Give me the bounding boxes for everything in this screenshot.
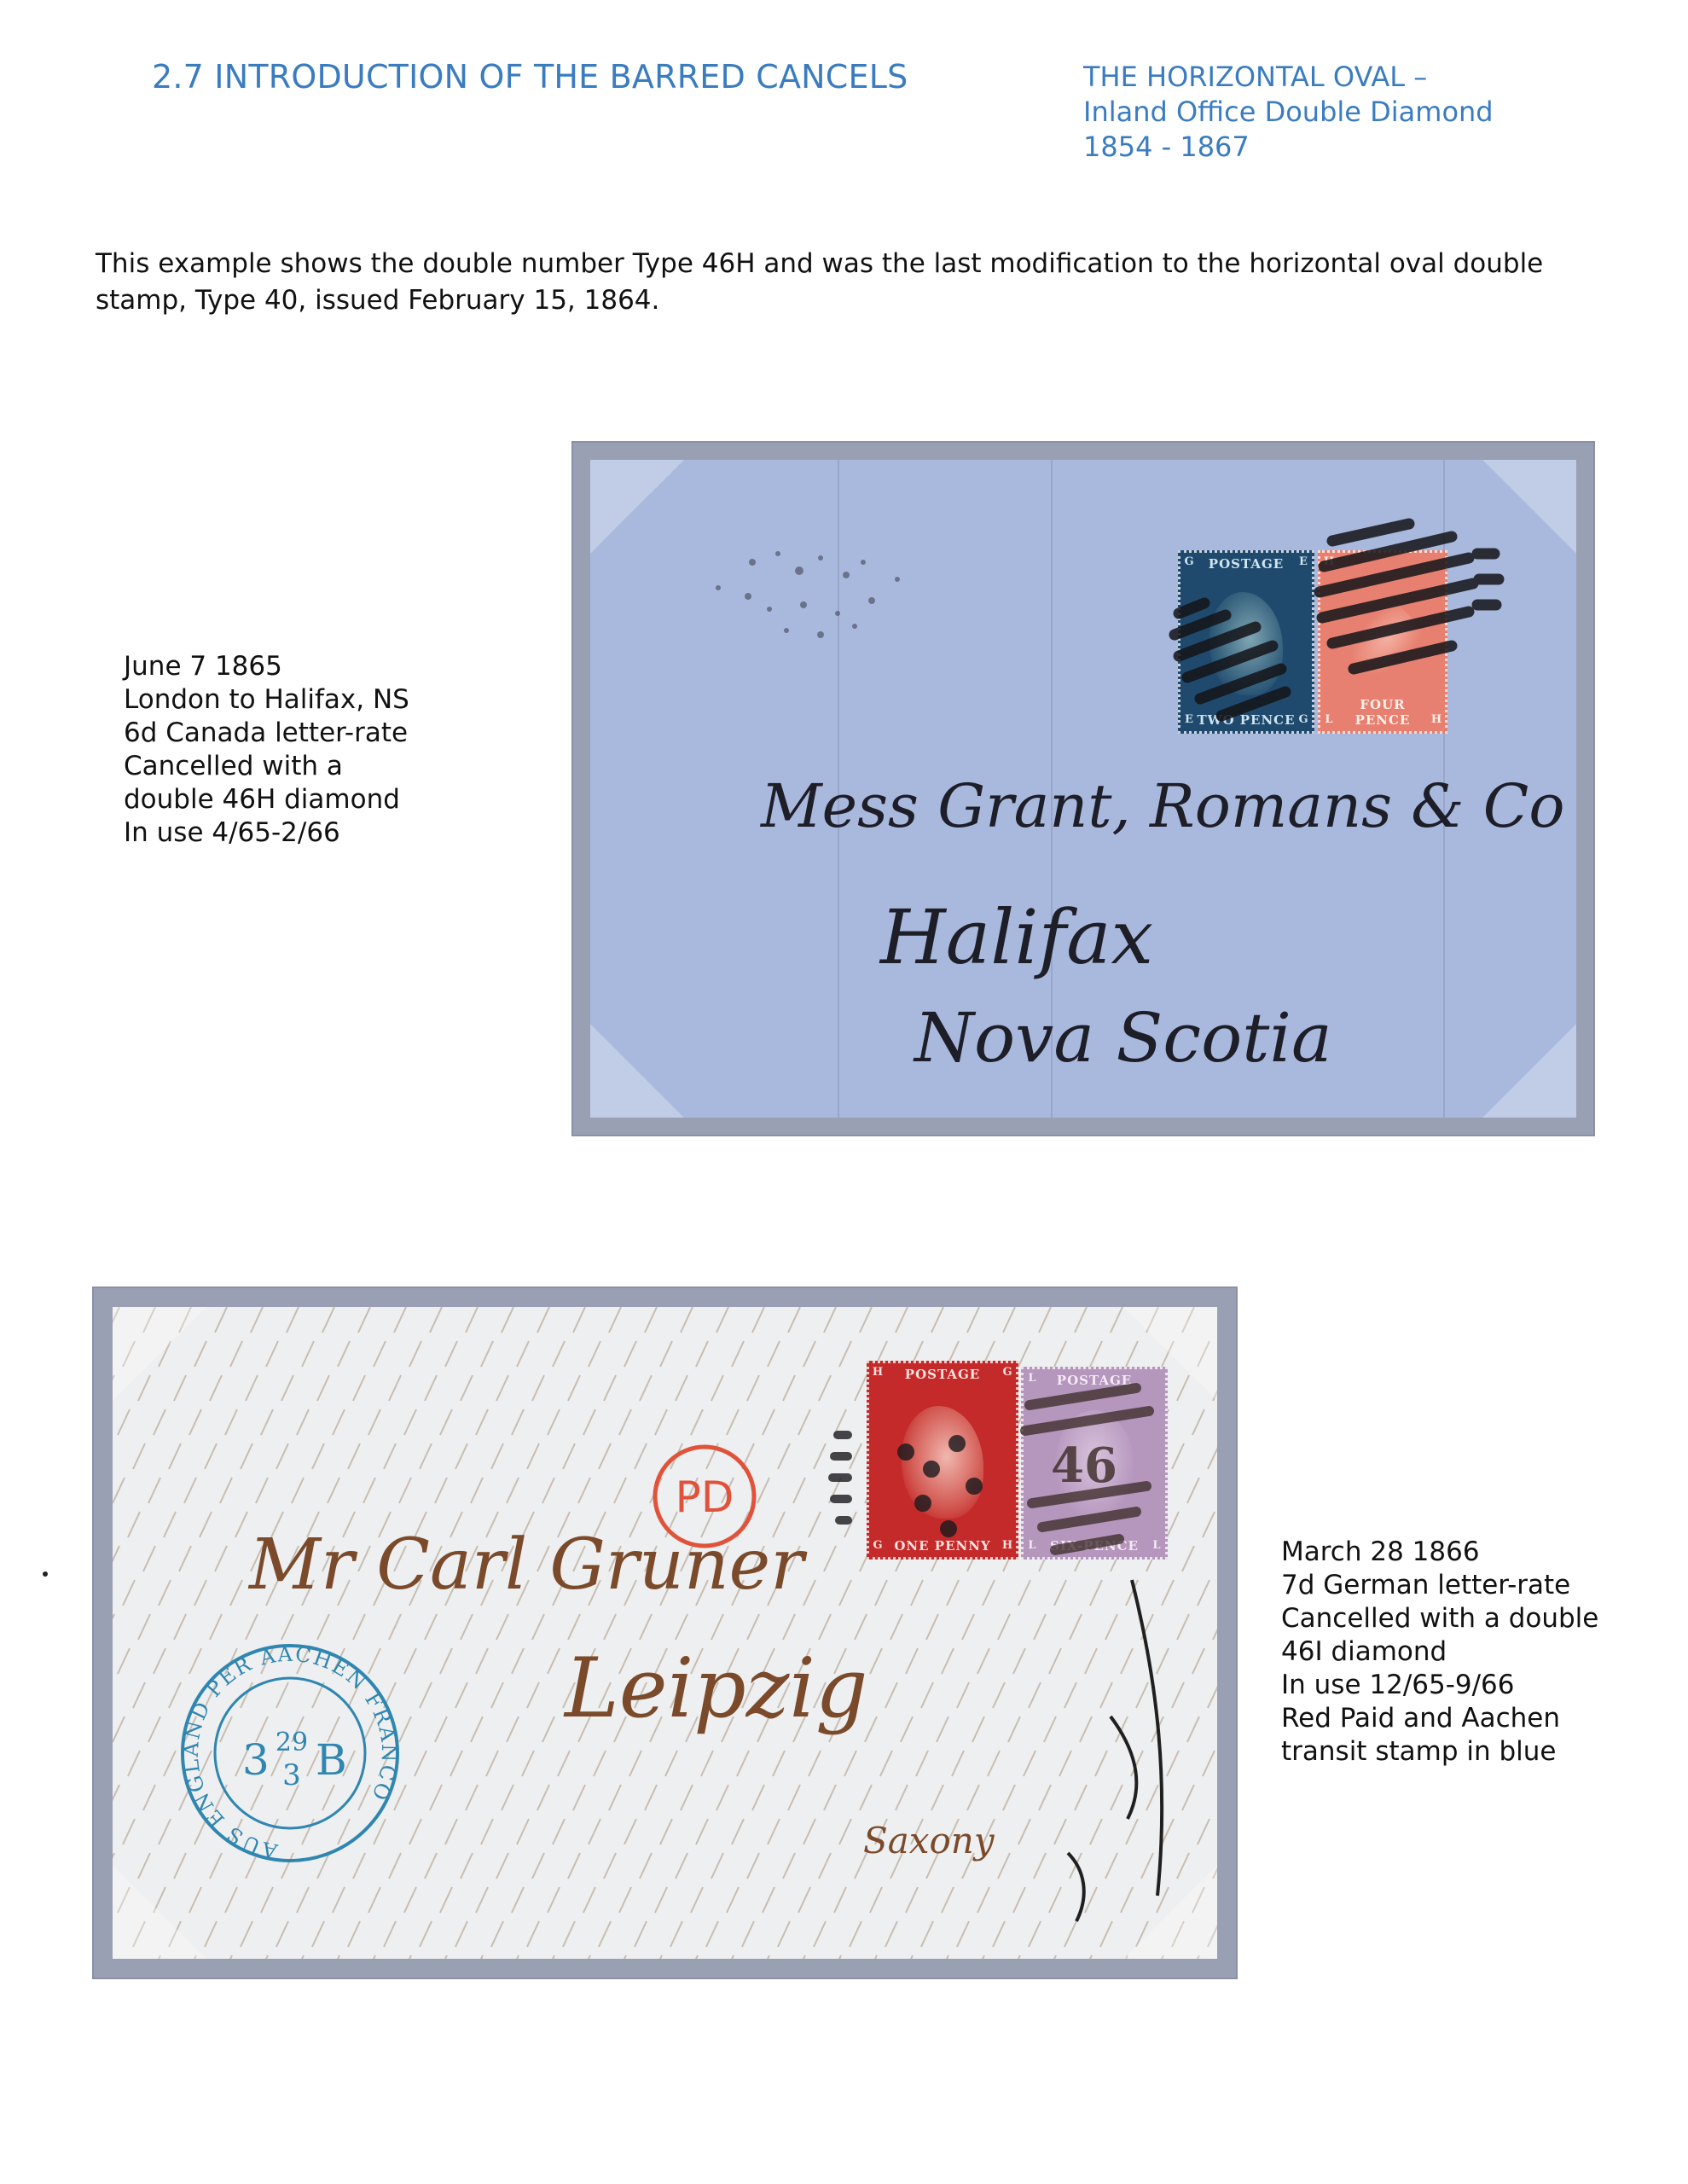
stamp-emblem <box>1337 598 1429 690</box>
stamp-label: TWO PENCE <box>1192 712 1300 728</box>
stamp-one-penny-red: POSTAGE ONE PENNY H G G H <box>867 1361 1018 1560</box>
check-letter: L <box>1322 713 1336 729</box>
mount-corner <box>1482 460 1576 554</box>
mount-corner <box>113 1865 206 1959</box>
check-letter: H <box>1430 713 1443 729</box>
check-letter: H <box>871 1366 885 1381</box>
stamp-six-pence-lilac: POSTAGE SIX-PENCE L L L <box>1021 1367 1168 1560</box>
mount-corner <box>590 1024 684 1118</box>
fold-line <box>1051 460 1053 1118</box>
cover-1-envelope: POSTAGE TWO PENCE G E E G FOUR PENCE H L… <box>590 460 1576 1118</box>
stamp-label: SIX-PENCE <box>1035 1538 1153 1554</box>
stamp-four-pence-vermilion: FOUR PENCE H L H <box>1318 550 1447 734</box>
mount-corner <box>113 1307 206 1401</box>
caption-line: 6d Canada letter-rate <box>124 717 409 750</box>
check-letter: L <box>1150 1539 1163 1554</box>
caption-line: 7d German letter-rate <box>1281 1569 1598 1602</box>
cover-1-caption: June 7 1865 London to Halifax, NS 6d Can… <box>124 650 409 850</box>
intro-paragraph: This example shows the double number Typ… <box>96 246 1597 319</box>
check-letter: E <box>1296 555 1310 571</box>
mount-corner <box>1482 1024 1576 1118</box>
check-letter: G <box>1182 555 1196 571</box>
caption-line: Cancelled with a double <box>1281 1602 1598 1635</box>
address-line: Nova Scotia <box>913 998 1332 1077</box>
check-letter: H <box>1322 555 1336 571</box>
stamp-label: POSTAGE <box>881 1367 1004 1382</box>
stamp-label: ONE PENNY <box>881 1538 1004 1554</box>
cover-2-caption: March 28 1866 7d German letter-rate Canc… <box>1281 1536 1598 1769</box>
caption-line: March 28 1866 <box>1281 1536 1598 1569</box>
check-letter: G <box>1001 1366 1014 1381</box>
cover-2-envelope: POSTAGE ONE PENNY H G G H POSTAGE SIX-PE… <box>113 1307 1217 1959</box>
caption-line: In use 12/65-9/66 <box>1281 1669 1598 1702</box>
subtitle-line: THE HORIZONTAL OVAL – <box>1083 60 1494 95</box>
cover-1-mount: POSTAGE TWO PENCE G E E G FOUR PENCE H L… <box>571 441 1595 1136</box>
page-title: 2.7 INTRODUCTION OF THE BARRED CANCELS <box>152 58 908 96</box>
queen-portrait <box>1209 592 1283 695</box>
queen-portrait <box>902 1406 983 1519</box>
caption-line: transit stamp in blue <box>1281 1735 1598 1769</box>
queen-portrait <box>1055 1410 1134 1519</box>
cover-2-mount: POSTAGE ONE PENNY H G G H POSTAGE SIX-PE… <box>92 1287 1238 1979</box>
caption-line: London to Halifax, NS <box>124 683 409 717</box>
check-letter: H <box>1001 1539 1014 1554</box>
check-letter: L <box>1025 1539 1039 1554</box>
subtitle-line: 1854 - 1867 <box>1083 130 1494 165</box>
mount-corner <box>1123 1865 1217 1959</box>
check-letter: G <box>871 1539 885 1554</box>
stamp-label: POSTAGE <box>1192 556 1300 572</box>
caption-line: Cancelled with a <box>124 750 409 783</box>
check-letter: E <box>1182 713 1196 729</box>
caption-line: double 46H diamond <box>124 783 409 816</box>
mount-corner <box>590 460 684 554</box>
caption-line: June 7 1865 <box>124 650 409 683</box>
page-subtitle: THE HORIZONTAL OVAL – Inland Office Doub… <box>1083 60 1494 165</box>
fold-line <box>838 460 839 1118</box>
caption-line: In use 4/65-2/66 <box>124 816 409 850</box>
caption-line: Red Paid and Aachen <box>1281 1702 1598 1735</box>
stamp-label: POSTAGE <box>1035 1373 1153 1388</box>
stamp-label: FOUR PENCE <box>1332 697 1433 728</box>
caption-line: 46I diamond <box>1281 1635 1598 1669</box>
page-speck <box>43 1571 48 1577</box>
stamp-two-pence-blue: POSTAGE TWO PENCE G E E G <box>1178 550 1314 734</box>
check-letter: G <box>1296 713 1310 729</box>
check-letter: L <box>1025 1372 1039 1387</box>
subtitle-line: Inland Office Double Diamond <box>1083 95 1494 130</box>
address-line: Halifax <box>879 893 1153 981</box>
